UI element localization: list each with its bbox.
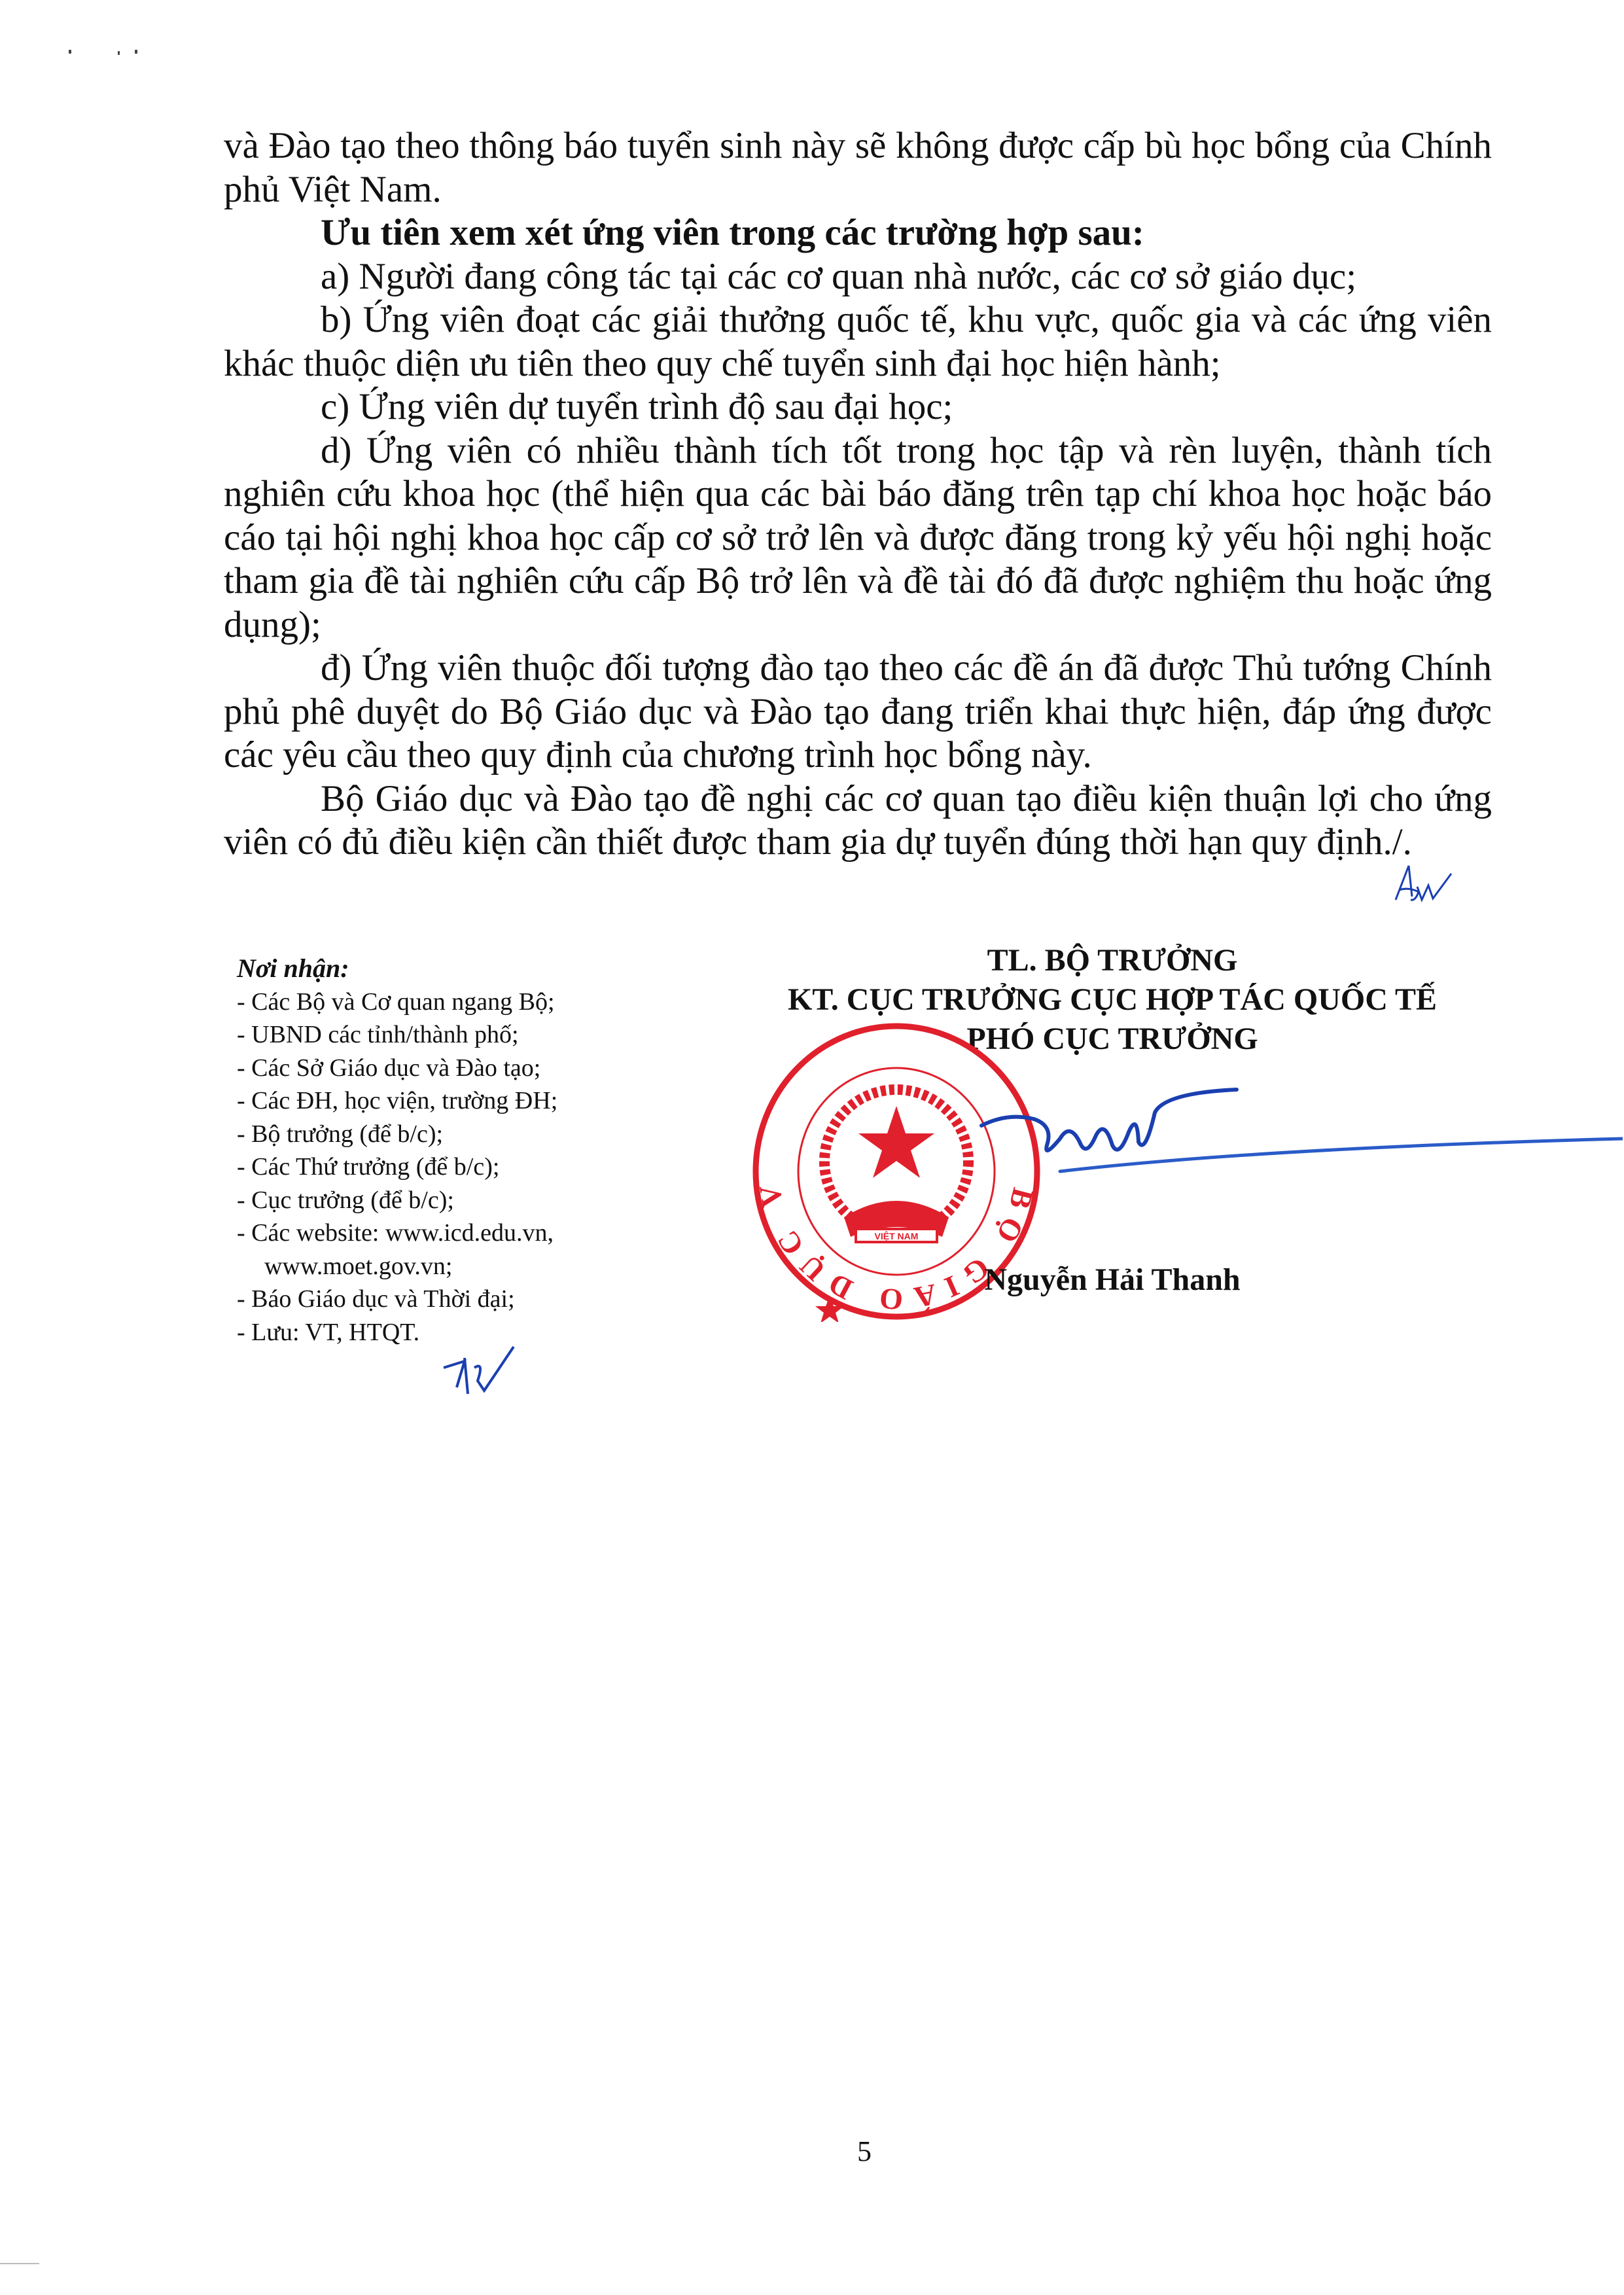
signature-title-line1: TL. BỘ TRƯỞNG — [720, 941, 1505, 980]
recipient-item: - Các ĐH, học viện, trường ĐH; — [237, 1084, 557, 1118]
initials-mark-icon — [438, 1342, 523, 1400]
document-body: và Đào tạo theo thông báo tuyển sinh này… — [224, 124, 1492, 864]
recipient-item: - Các Thứ trưởng (để b/c); — [237, 1150, 557, 1184]
recipient-item: - Các Sở Giáo dục và Đào tạo; — [237, 1052, 557, 1085]
recipient-item: - Các Bộ và Cơ quan ngang Bộ; — [237, 986, 557, 1019]
priority-item-d: d) Ứng viên có nhiều thành tích tốt tron… — [224, 429, 1492, 647]
signature-title-line2: KT. CỤC TRƯỞNG CỤC HỢP TÁC QUỐC TẾ — [720, 980, 1505, 1020]
priority-item-dd: đ) Ứng viên thuộc đối tượng đào tạo theo… — [224, 647, 1492, 777]
scan-speck — [118, 51, 120, 55]
recipient-item: - Báo Giáo dục và Thời đại; — [237, 1283, 557, 1316]
handwritten-signature-icon — [929, 1086, 1623, 1191]
scan-speck — [69, 50, 71, 54]
recipient-item: www.moet.gov.vn; — [237, 1250, 557, 1283]
recipients-title: Nơi nhận: — [237, 952, 557, 986]
body-continuation: và Đào tạo theo thông báo tuyển sinh này… — [224, 124, 1492, 211]
scan-edge-line — [0, 2263, 39, 2264]
scan-speck — [135, 50, 137, 54]
priority-item-c: c) Ứng viên dự tuyển trình độ sau đại họ… — [224, 385, 1492, 429]
signer-name: Nguyễn Hải Thanh — [916, 1262, 1309, 1298]
priority-item-a: a) Người đang công tác tại các cơ quan n… — [224, 255, 1492, 299]
recipient-item: - Bộ trưởng (để b/c); — [237, 1118, 557, 1151]
recipients-list: Nơi nhận: - Các Bộ và Cơ quan ngang Bộ; … — [237, 952, 557, 1349]
priority-item-b: b) Ứng viên đoạt các giải thưởng quốc tế… — [224, 298, 1492, 385]
svg-text:VIỆT NAM: VIỆT NAM — [875, 1230, 919, 1241]
page-number: 5 — [857, 2135, 872, 2168]
priority-heading: Ưu tiên xem xét ứng viên trong các trườn… — [224, 211, 1492, 255]
recipient-item: - Cục trưởng (để b/c); — [237, 1184, 557, 1217]
initials-mark-icon — [1392, 861, 1458, 913]
recipient-item: - UBND các tỉnh/thành phố; — [237, 1018, 557, 1052]
closing-paragraph: Bộ Giáo dục và Đào tạo đề nghị các cơ qu… — [224, 777, 1492, 864]
recipient-item: - Các website: www.icd.edu.vn, — [237, 1217, 557, 1250]
